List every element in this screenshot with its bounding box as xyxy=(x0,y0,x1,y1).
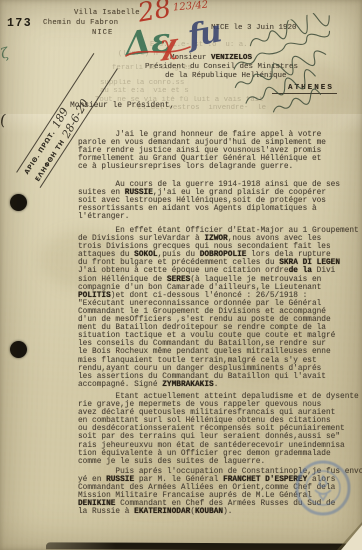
dateline: NICE le 3 Juin 1920 xyxy=(211,24,297,32)
scrawl-blue-initials: fu xyxy=(185,14,223,55)
paragraph-5: Puis aprés l'occupation de Constantinopl… xyxy=(78,468,362,517)
recipient-city: ATHENES xyxy=(272,84,337,94)
hole-punch-top xyxy=(10,194,27,211)
scan-edge-strip xyxy=(46,542,362,550)
letterhead-villa: Villa Isabelle xyxy=(74,9,140,17)
annotation-red-reference: 123/42 xyxy=(173,0,209,14)
paragraph-3: En effet étant Officier d'Etat-Major au … xyxy=(78,227,362,389)
scrawl-red-x: χ xyxy=(158,29,180,62)
scanned-letter-page: Villa Isabelle 173 Chemin du Fabron NICE… xyxy=(0,0,362,550)
paragraph-4: Etant actuellement atteint depaludisme e… xyxy=(78,393,362,466)
letterhead-street: Chemin du Fabron xyxy=(43,19,118,27)
recipient-title: Président du Conseil des Ministres xyxy=(145,63,298,71)
ghost-line: au sit e:a vie et s xyxy=(100,87,189,95)
folded-corner xyxy=(341,525,362,550)
street-number-stamp: 173 xyxy=(7,17,32,30)
hole-punch-bottom xyxy=(10,341,27,358)
ghost-line: supplie la conro.ss xyxy=(100,79,184,87)
recipient-org: de la République Hellénique xyxy=(165,72,287,80)
letterhead-city: NICE xyxy=(92,29,113,37)
paragraph-2: Au cours de la guerre 1914-1918 ainsi qu… xyxy=(78,181,362,221)
green-flourish: ζ xyxy=(0,45,11,62)
paragraph-1: J'ai le grand honneur de faire appel à v… xyxy=(78,131,362,171)
recipient-name: Monsieur VENIZELOS xyxy=(170,54,252,62)
